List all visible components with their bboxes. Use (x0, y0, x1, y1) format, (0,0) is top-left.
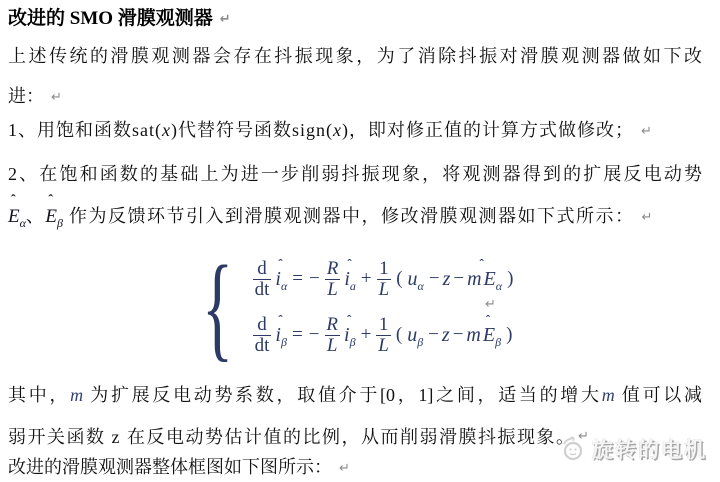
minus-sign: − (309, 324, 320, 346)
math-var-E: E (484, 268, 496, 290)
hat-accent: ˆ (480, 259, 484, 269)
subscript: β (417, 335, 423, 349)
closing-paragraph-line-2: 弱开关函数 z 在反电动势估计值的比例，从而削弱滑膜抖振现象。 (8, 426, 576, 448)
hat-accent: ˆ (278, 315, 282, 325)
minus-sign: − (429, 268, 440, 290)
equation-block: { ddt ˆiα = − RL ˆia + 1L ( uα − z − m ˆ… (202, 253, 516, 361)
hat-accent: ˆ (486, 315, 490, 325)
paragraph-mark-icon: ↵ (220, 9, 231, 31)
math-i-beta-hat: ˆiβ (275, 324, 287, 347)
equation-rows: ddt ˆiα = − RL ˆia + 1L ( uα − z − m ˆEα… (251, 253, 517, 361)
paragraph-text: 弱开关函数 z 在反电动势估计值的比例，从而削弱滑膜抖振现象。 (8, 427, 576, 447)
minus-sign: − (309, 268, 320, 290)
subscript: β (495, 335, 501, 349)
subscript: α (418, 279, 424, 293)
closing-paragraph-line-1: 其中，m 为扩展反电动势系数，取值介于[0，1]之间，适当的增大m 值可以减 (8, 384, 702, 406)
watermark-text: 旋转的电机 (592, 434, 707, 464)
fraction-denominator: L (325, 335, 340, 356)
paragraph-mark-icon: ↵ (578, 429, 589, 444)
paragraph-1-line-1: 上述传统的滑膜观测器会存在抖振现象，为了消除抖振对滑膜观测器做如下改 (8, 45, 702, 67)
subscript: α (281, 279, 287, 293)
fraction-ddt: ddt (253, 315, 272, 356)
paragraph-mark-icon: ↵ (641, 121, 652, 143)
math-var-E: E (8, 206, 20, 227)
math-u-beta: uβ (407, 324, 423, 347)
minus-sign: − (428, 324, 439, 346)
math-var-x: x (162, 120, 171, 140)
fraction-1L: 1L (376, 315, 391, 356)
math-i-beta-hat: ˆiβ (344, 324, 356, 347)
left-paren: ( (396, 324, 402, 346)
math-E-alpha-hat: ˆEα (484, 268, 503, 291)
paragraph-text: 值可以减 (615, 385, 702, 405)
math-var-x: x (333, 120, 342, 140)
subscript: β (350, 335, 356, 349)
document-page: 改进的 SMO 滑膜观测器↵ 上述传统的滑膜观测器会存在抖振现象，为了消除抖振对… (0, 0, 720, 482)
fraction-RL: RL (325, 259, 341, 300)
hat-accent: ˆ (278, 259, 282, 269)
fraction-denominator: L (325, 279, 340, 300)
fraction-numerator: R (324, 315, 340, 335)
equation-row-alpha: ddt ˆiα = − RL ˆia + 1L ( uα − z − m ˆEα… (251, 253, 517, 305)
list-item-2: 2、在饱和函数的基础上为进一步削弱抖振现象，将观测器得到的扩展反电动势 (8, 163, 702, 185)
paragraph-text: 其中， (8, 385, 70, 405)
math-u-alpha: uα (408, 268, 424, 291)
paragraph-text: 进： (8, 86, 44, 106)
subscript: a (350, 279, 356, 293)
separator: 、 (26, 206, 46, 226)
math-var-m: m (70, 385, 83, 405)
title-text: 改进的 SMO 滑膜观测器 (8, 8, 213, 29)
subscript-alpha: α (20, 216, 26, 230)
math-i-hat: ˆia (344, 268, 356, 291)
math-E-beta-hat: ˆEβ (45, 206, 63, 228)
plus-sign: + (361, 268, 372, 290)
paragraph-mark-icon: ↵ (339, 458, 350, 480)
equals-sign: = (292, 268, 303, 290)
paragraph-1-line-2: 进：↵ (8, 85, 62, 109)
minus-sign: − (453, 268, 464, 290)
math-var-m: m (466, 324, 480, 347)
equals-sign: = (292, 324, 303, 346)
left-paren: ( (396, 268, 402, 290)
hat-accent: ˆ (11, 196, 16, 206)
fraction-denominator: dt (253, 335, 272, 356)
fraction-denominator: L (377, 279, 392, 300)
math-var-E: E (45, 206, 57, 227)
math-var-u: u (407, 324, 417, 346)
right-paren: ) (506, 324, 512, 346)
paragraph-text: 为扩展反电动势系数，取值介于[0，1]之间，适当的增大 (83, 385, 602, 405)
hat-accent: ˆ (347, 315, 351, 325)
paragraph-mark-icon: ↵ (642, 207, 653, 229)
equation-row-beta: ddt ˆiβ = − RL ˆiβ + 1L ( uβ − z − m ˆEβ… (251, 309, 517, 361)
fraction-ddt: ddt (253, 259, 272, 300)
feedback-line: ˆEα、ˆEβ 作为反馈环节引入到滑膜观测器中，修改滑膜观测器如下式所示：↵ (8, 205, 652, 229)
list-item-text: 2、在饱和函数的基础上为进一步削弱抖振现象，将观测器得到的扩展反电动势 (8, 164, 702, 184)
left-brace: { (202, 255, 233, 359)
fraction-numerator: 1 (377, 259, 391, 279)
fraction-1L: 1L (377, 259, 392, 300)
math-var-u: u (408, 268, 418, 290)
fraction-RL: RL (324, 315, 340, 356)
paragraph-mark-icon: ↵ (51, 87, 62, 109)
paragraph-mark-icon: ↵ (485, 297, 496, 312)
list-item-text: )，即对修正值的计算方式做修改； (342, 120, 634, 140)
paragraph-text: 改进的滑膜观测器整体框图如下图所示： (8, 457, 332, 477)
math-var-z: z (443, 268, 451, 291)
hat-accent: ˆ (48, 196, 53, 206)
math-var-m: m (602, 385, 615, 405)
math-E-beta-hat: ˆEβ (483, 324, 501, 347)
list-item-text: )代替符号函数sign( (171, 120, 333, 140)
fraction-numerator: d (255, 259, 269, 279)
list-item-1: 1、用饱和函数sat(x)代替符号函数sign(x)，即对修正值的计算方式做修改… (8, 119, 652, 143)
plus-sign: + (361, 324, 372, 346)
subscript: α (496, 279, 502, 293)
subscript-beta: β (57, 216, 63, 230)
document-title: 改进的 SMO 滑膜观测器↵ (8, 8, 231, 31)
math-var-z: z (442, 324, 450, 347)
fraction-numerator: d (255, 315, 269, 335)
fraction-denominator: L (376, 335, 391, 356)
math-i-alpha-hat: ˆiα (275, 268, 287, 291)
paragraph-text: 作为反馈环节引入到滑膜观测器中，修改滑膜观测器如下式所示： (63, 206, 635, 226)
fraction-numerator: R (325, 259, 341, 279)
hat-accent: ˆ (347, 259, 351, 269)
minus-sign: − (453, 324, 464, 346)
watermark: ↵ 旋转的电机 (560, 434, 707, 464)
fraction-numerator: 1 (377, 315, 391, 335)
closing-paragraph-line-3: 改进的滑膜观测器整体框图如下图所示：↵ (8, 456, 350, 480)
list-item-text: 1、用饱和函数sat( (8, 120, 162, 140)
math-var-E: E (483, 324, 495, 346)
right-paren: ) (507, 268, 513, 290)
subscript: β (281, 335, 287, 349)
math-var-m: m (467, 268, 481, 291)
fraction-denominator: dt (253, 279, 272, 300)
paragraph-text: 上述传统的滑膜观测器会存在抖振现象，为了消除抖振对滑膜观测器做如下改 (8, 46, 702, 66)
math-E-alpha-hat: ˆEα (8, 206, 26, 228)
